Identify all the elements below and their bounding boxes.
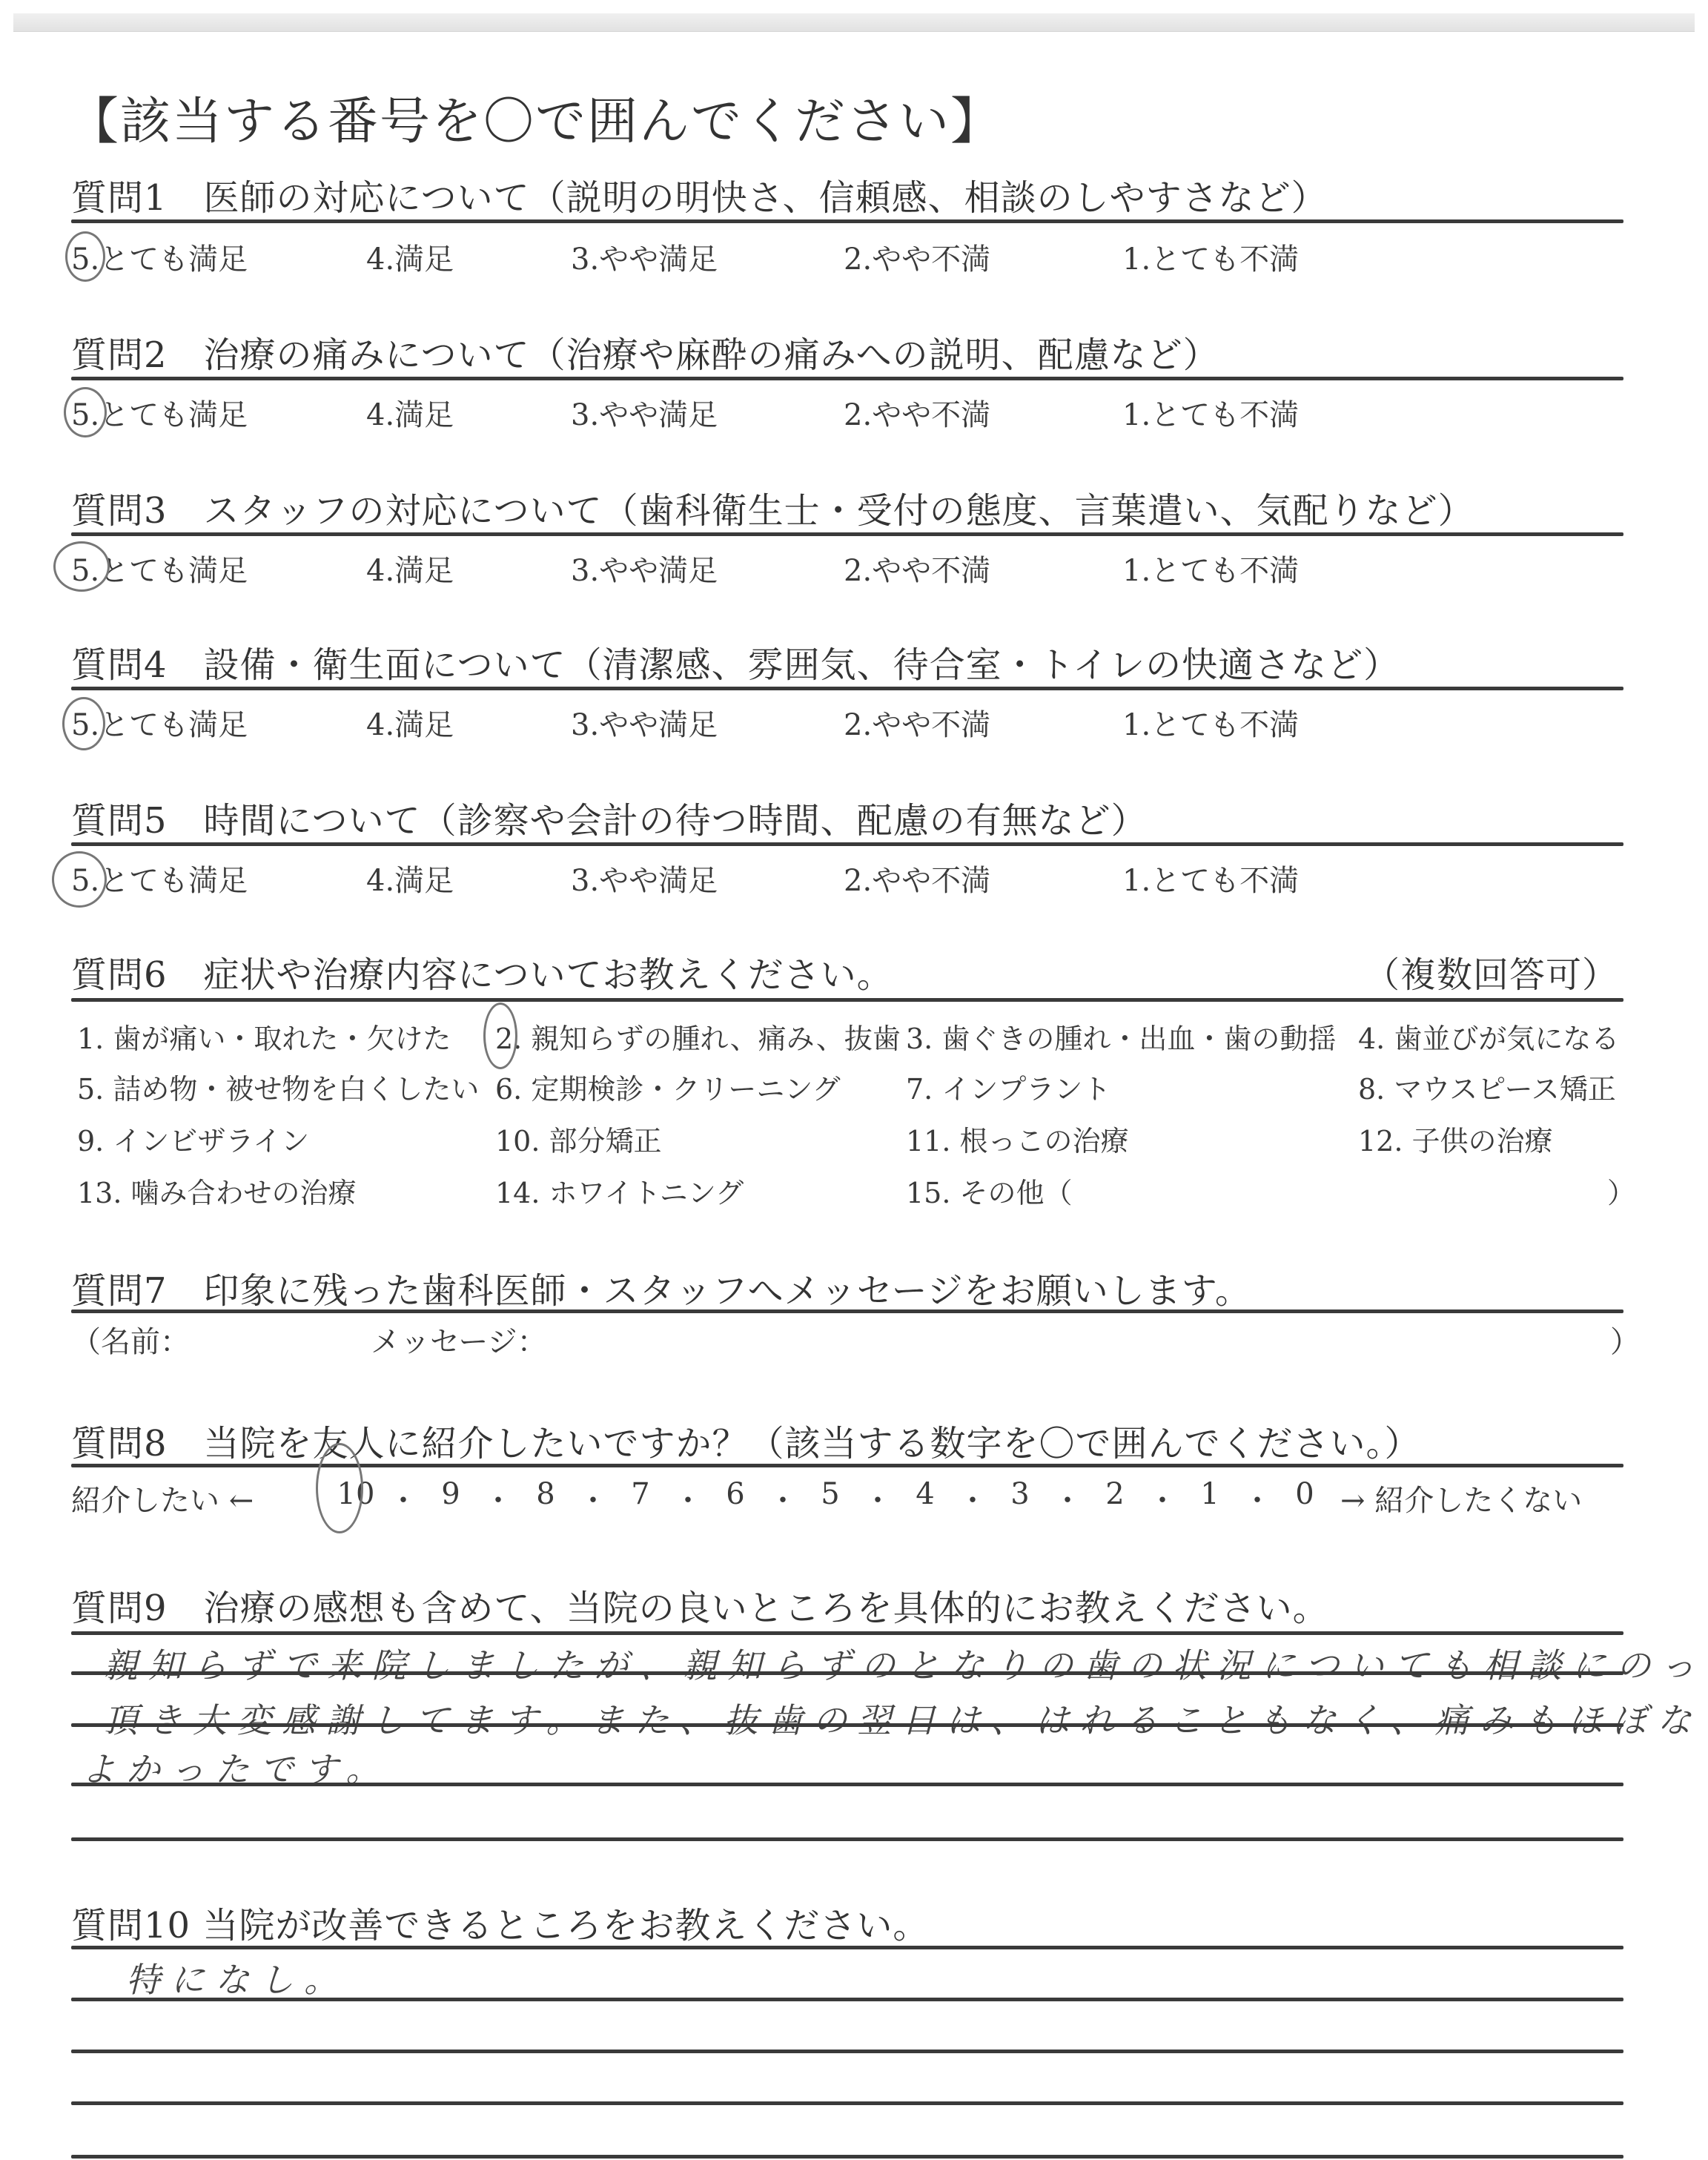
item-1[interactable]: 1. 歯が痛い・取れた・欠けた [77,1016,451,1057]
option-4[interactable]: 4.満足 [366,236,454,278]
option-1[interactable]: 1.とても不満 [1122,236,1299,278]
item-13[interactable]: 13. 噛み合わせの治療 [77,1170,357,1211]
divider [71,1631,1623,1635]
item-2[interactable]: 2. 親知らずの腫れ、痛み、抜歯 [495,1016,901,1057]
recommend-scale: 10 ・ 9 ・ 8 ・ 7 ・ 6 ・ 5 ・ 4 ・ 3 ・ 2 ・ 1 ・… [332,1477,1328,1519]
writing-line [71,2155,1623,2159]
scale-9[interactable]: 9 [427,1477,474,1519]
scale-separator: ・ [1139,1477,1186,1519]
divider [71,1946,1623,1949]
question-7-heading: 質問7 印象に残った歯科医師・スタッフへメッセージをお願いします。 [71,1262,1251,1313]
scale-separator: ・ [474,1477,522,1519]
divider [71,842,1623,846]
option-3[interactable]: 3.やや満足 [571,857,718,899]
divider [71,998,1623,1002]
scale-separator: ・ [949,1477,996,1519]
question-1-heading: 質問1 医師の対応について（説明の明快さ、信頼感、相談のしやすさなど） [71,169,1328,220]
item-7[interactable]: 7. インプラント [906,1066,1110,1107]
question-10-heading: 質問10 当院が改善できるところをお教えください。 [71,1897,929,1948]
selection-circle-icon [53,541,110,592]
option-2[interactable]: 2.やや不満 [844,701,990,744]
scale-separator: ・ [1044,1477,1091,1519]
option-4[interactable]: 4.満足 [366,392,454,434]
scale-0[interactable]: 0 [1281,1477,1328,1519]
option-1[interactable]: 1.とても不満 [1122,857,1299,899]
option-2[interactable]: 2.やや不満 [844,236,990,278]
writing-line [71,2050,1623,2053]
divider [71,532,1623,536]
item-3[interactable]: 3. 歯ぐきの腫れ・出血・歯の動揺 [906,1016,1336,1057]
option-1[interactable]: 1.とても不満 [1122,392,1299,434]
question-4-heading: 質問4 設備・衛生面について（清潔感、雰囲気、待合室・トイレの快適さなど） [71,636,1400,687]
scale-6[interactable]: 6 [712,1477,759,1519]
option-2[interactable]: 2.やや不満 [844,857,990,899]
writing-line [71,2101,1623,2105]
selection-circle-icon [52,851,107,908]
item-10[interactable]: 10. 部分矯正 [495,1118,662,1159]
recommend-right-label: → 紹介したくない [1340,1477,1582,1519]
option-2[interactable]: 2.やや不満 [844,392,990,434]
option-3[interactable]: 3.やや満足 [571,701,718,744]
scale-separator: ・ [854,1477,901,1519]
multiple-answers-note: （複数回答可） [1364,946,1618,997]
item-4[interactable]: 4. 歯並びが気になる [1358,1016,1619,1057]
item-8[interactable]: 8. マウスピース矯正 [1358,1066,1616,1107]
scale-5[interactable]: 5 [807,1477,854,1519]
scale-1[interactable]: 1 [1186,1477,1234,1519]
option-1[interactable]: 1.とても不満 [1122,701,1299,744]
divider [71,377,1623,380]
question-2-heading: 質問2 治療の痛みについて（治療や麻酔の痛みへの説明、配慮など） [71,326,1219,377]
option-4[interactable]: 4.満足 [366,857,454,899]
option-2[interactable]: 2.やや不満 [844,547,990,589]
q10-answer-line-1[interactable]: 特になし。 [126,1953,348,2002]
writing-line [71,1671,1623,1675]
name-label: （名前： [71,1318,190,1361]
scale-7[interactable]: 7 [617,1477,664,1519]
option-3[interactable]: 3.やや満足 [571,236,718,278]
writing-line [71,1783,1623,1786]
selection-circle-icon [62,697,105,750]
scale-separator: ・ [569,1477,617,1519]
question-3-heading: 質問3 スタッフの対応について（歯科衛生士・受付の態度、言葉遣い、気配りなど） [71,482,1474,533]
divider [71,219,1623,223]
question-5-heading: 質問5 時間について（診察や会計の待つ時間、配慮の有無など） [71,792,1148,843]
message-close-paren: ） [1610,1318,1640,1361]
writing-line [71,1723,1623,1727]
scale-3[interactable]: 3 [996,1477,1044,1519]
question-6-heading: 質問6 症状や治療内容についてお教えください。 [71,946,893,997]
other-close-paren: ） [1607,1170,1635,1211]
item-12[interactable]: 12. 子供の治療 [1358,1118,1553,1159]
scale-separator: ・ [664,1477,712,1519]
scale-separator: ・ [759,1477,807,1519]
scale-2[interactable]: 2 [1091,1477,1139,1519]
message-label: メッセージ： [371,1318,547,1361]
question-9-heading: 質問9 治療の感想も含めて、当院の良いところを具体的にお教えください。 [71,1579,1329,1631]
divider [71,687,1623,690]
selection-circle-icon [316,1443,363,1533]
question-8-heading: 質問8 当院を友人に紹介したいですか？（該当する数字を〇で囲んでください。） [71,1415,1421,1466]
option-3[interactable]: 3.やや満足 [571,392,718,434]
writing-line [71,1998,1623,2001]
item-15-other[interactable]: 15. その他（ [906,1170,1073,1211]
item-5[interactable]: 5. 詰め物・被せ物を白くしたい [77,1066,479,1107]
scale-separator: ・ [1234,1477,1281,1519]
recommend-left-label: 紹介したい ← [71,1477,254,1519]
item-6[interactable]: 6. 定期検診・クリーニング [495,1066,841,1107]
item-11[interactable]: 11. 根っこの治療 [906,1118,1129,1159]
item-14[interactable]: 14. ホワイトニング [495,1170,744,1211]
selection-circle-icon [64,387,107,437]
option-4[interactable]: 4.満足 [366,547,454,589]
option-3[interactable]: 3.やや満足 [571,547,718,589]
q9-answer-line-1[interactable]: 親知らずで来院しましたが、親知らずのとなりの歯の状況についても相談にのって [104,1639,1708,1688]
scale-4[interactable]: 4 [901,1477,949,1519]
scale-8[interactable]: 8 [522,1477,569,1519]
q9-answer-line-2[interactable]: 頂き大変感謝してます。また、抜歯の翌日は、はれることもなく、痛みもほぼなくて [104,1694,1708,1743]
scan-top-edge [13,13,1695,32]
selection-circle-icon [483,1003,517,1069]
scale-separator: ・ [380,1477,427,1519]
divider [71,1309,1623,1313]
divider [71,1464,1623,1467]
writing-line [71,1837,1623,1841]
option-4[interactable]: 4.満足 [366,701,454,744]
page-title: 【該当する番号を〇で囲んでください】 [68,82,1002,153]
item-9[interactable]: 9. インビザライン [77,1118,309,1159]
option-1[interactable]: 1.とても不満 [1122,547,1299,589]
selection-circle-icon [65,231,105,282]
